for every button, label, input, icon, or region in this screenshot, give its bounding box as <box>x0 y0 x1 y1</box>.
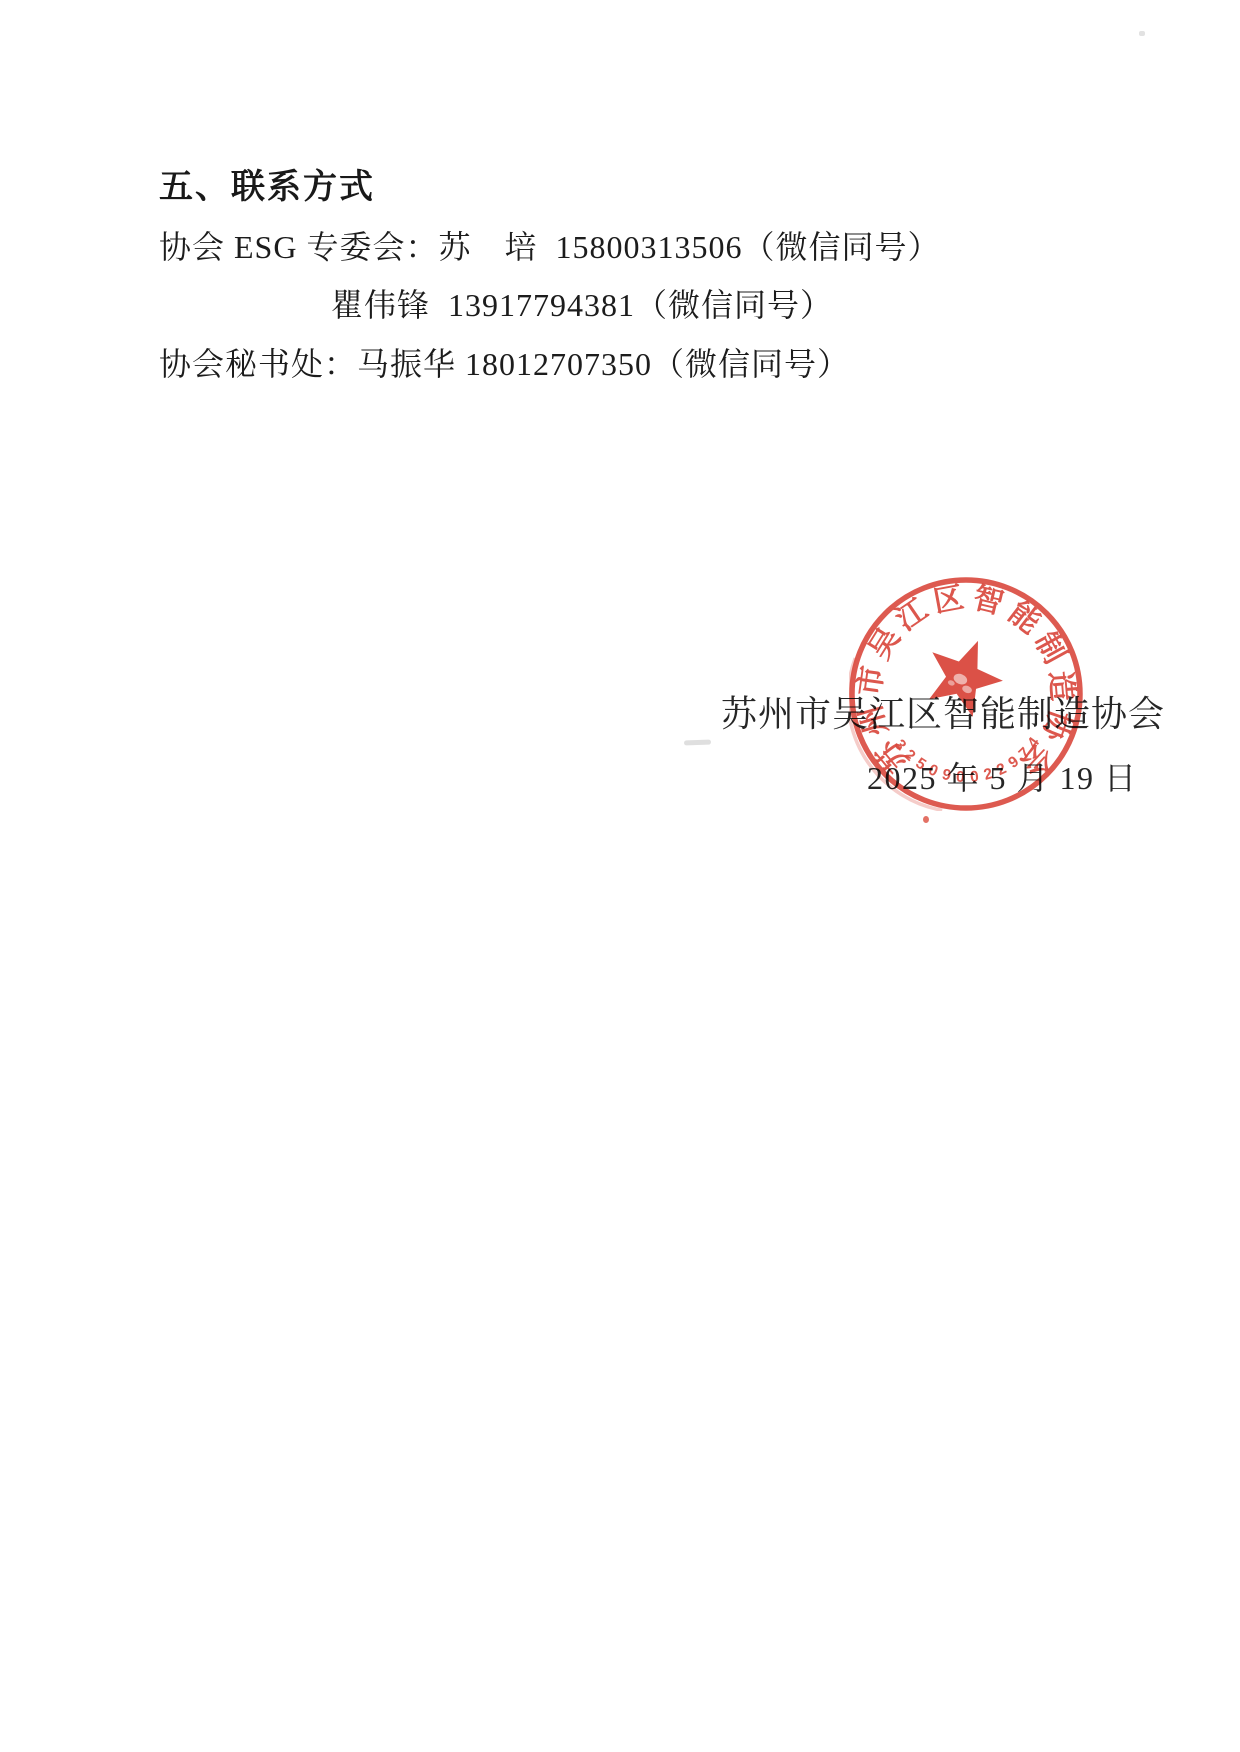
scan-smudge <box>684 740 711 746</box>
contact-line-secretariat: 协会秘书处：马振华 18012707350（微信同号） <box>159 346 850 383</box>
contact-line-esg-committee: 协会 ESG 专委会：苏 培 15800313506（微信同号） <box>159 229 940 266</box>
scan-speck <box>1139 31 1145 36</box>
contact-line-qu-weifeng: 瞿伟锋 13917794381（微信同号） <box>331 287 833 324</box>
signature-date: 2025 年 5 月 19 日 <box>867 760 1138 797</box>
ink-dot <box>923 816 929 823</box>
signature-org-name: 苏州市吴江区智能制造协会 <box>721 694 1165 735</box>
document-page: 五、联系方式 协会 ESG 专委会：苏 培 15800313506（微信同号） … <box>0 0 1240 1752</box>
section-heading: 五、联系方式 <box>159 168 375 207</box>
